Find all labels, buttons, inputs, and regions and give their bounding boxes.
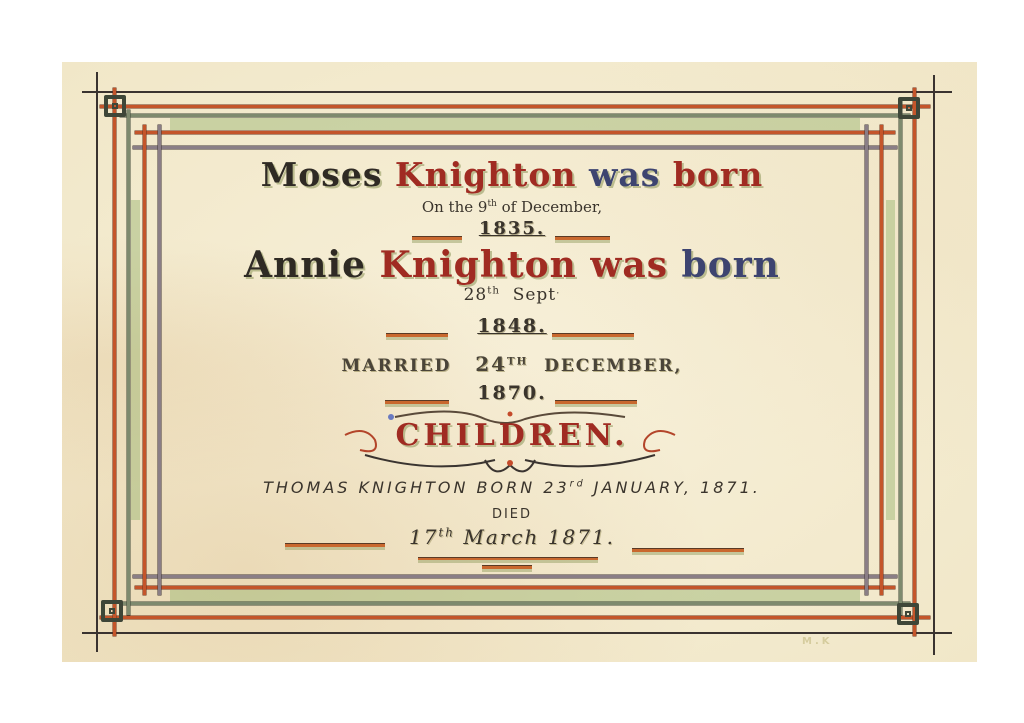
heading-word: was bbox=[590, 244, 668, 286]
moses-heading: Moses Knighton was born bbox=[0, 155, 1024, 194]
divider-dash bbox=[555, 236, 610, 240]
moses-birth-date: On the 9th of December, bbox=[0, 198, 1024, 216]
divider-ornament bbox=[418, 557, 598, 560]
thomas-birth-line: THOMAS KNIGHTON BORN 23rd JANUARY, 1871. bbox=[0, 478, 1024, 497]
heading-word: Annie bbox=[244, 244, 366, 286]
heading-word: Knighton bbox=[395, 155, 577, 194]
monogram: M.K bbox=[802, 636, 833, 647]
divider-dash bbox=[632, 548, 744, 552]
heading-word: was bbox=[589, 155, 660, 194]
divider-ornament bbox=[482, 565, 532, 569]
annie-birth-year: 1848. bbox=[0, 315, 1024, 337]
heading-word: born bbox=[673, 155, 763, 194]
died-label: DIED bbox=[0, 507, 1024, 522]
divider-dash bbox=[555, 400, 637, 404]
annie-birth-date: 28th Sept. bbox=[0, 285, 1024, 305]
divider-dash bbox=[552, 333, 634, 337]
heading-word: Knighton bbox=[380, 244, 577, 286]
annie-heading: Annie Knighton was born bbox=[0, 244, 1024, 286]
marriage-line: MARRIED 24TH DECEMBER, bbox=[0, 352, 1024, 376]
marriage-year: 1870. bbox=[0, 382, 1024, 404]
heading-word: born bbox=[682, 244, 780, 286]
heading-word: Moses bbox=[261, 155, 383, 194]
thomas-death-date: 17th March 1871. bbox=[0, 525, 1024, 549]
moses-birth-year: 1835. bbox=[0, 218, 1024, 239]
children-heading: CHILDREN. bbox=[0, 418, 1024, 453]
record-text: Moses Knighton was born On the 9th of De… bbox=[0, 0, 1024, 723]
